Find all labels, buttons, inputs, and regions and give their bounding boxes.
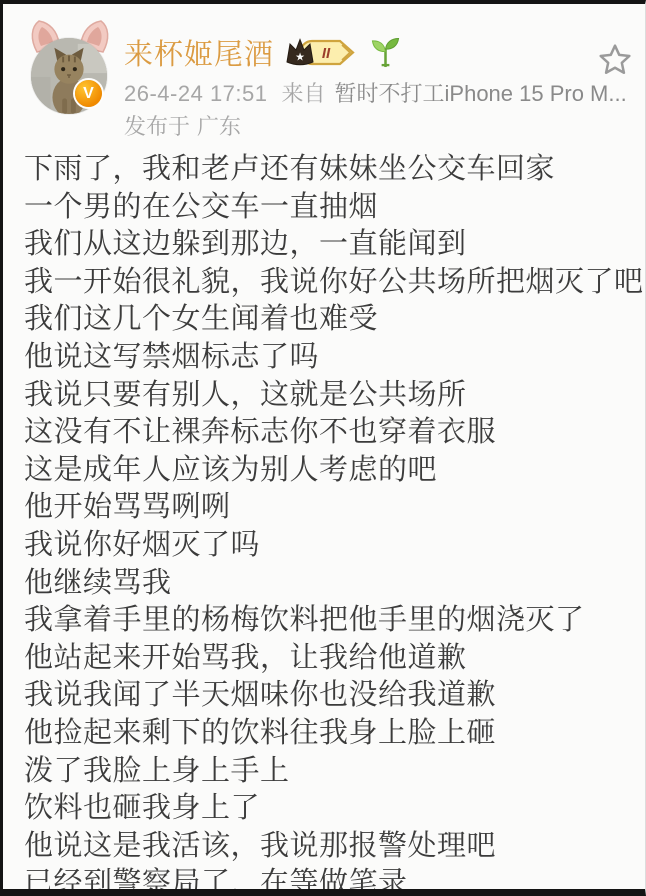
post-text-line: 已经到警察局了，在等做笔录 <box>24 865 639 896</box>
vip-crown-level-badge-icon[interactable]: II ★ <box>283 35 359 69</box>
post-text-line: 泼了我脸上身上手上 <box>24 753 639 791</box>
avatar[interactable]: V <box>30 18 114 114</box>
location-row: 发布于 广东 <box>124 110 241 141</box>
from-label: 来自 <box>282 77 326 108</box>
post-text-line: 我说你好烟灭了吗 <box>24 527 639 565</box>
sprout-icon <box>370 36 401 69</box>
post-text-line: 这没有不让裸奔标志你不也穿着衣服 <box>24 414 639 452</box>
post-text-line: 他站起来开始骂我，让我给他道歉 <box>24 640 639 678</box>
post-text-line: 他说这是我活该，我说那报警处理吧 <box>24 828 639 866</box>
post-text-line: 饮料也砸我身上了 <box>24 790 639 828</box>
post-text-line: 他捡起来剩下的饮料往我身上脸上砸 <box>24 715 639 753</box>
post-text-line: 我说我闻了半天烟味你也没给我道歉 <box>24 677 639 715</box>
crown-star-glyph: ★ <box>295 52 305 64</box>
device-source-link[interactable]: 暂时不打工iPhone 15 Pro M... <box>335 77 627 108</box>
post-meta-row: 26-4-24 17:51 来自 暂时不打工iPhone 15 Pro M... <box>124 77 627 108</box>
post-text-line: 我们这几个女生闻着也难受 <box>24 301 639 339</box>
favorite-star-button[interactable] <box>595 40 635 80</box>
username[interactable]: 来杯姬尾酒 <box>124 32 274 73</box>
location-label: 发布于 <box>124 110 190 141</box>
user-name-row: 来杯姬尾酒 II ★ <box>124 33 401 71</box>
weibo-post-screenshot: V 来杯姬尾酒 II ★ 26-4-24 17:51 来自 暂时不打工iPhon… <box>0 0 646 896</box>
location-value: 广东 <box>197 110 241 141</box>
timestamp: 26-4-24 17:51 <box>124 81 268 107</box>
post-text-line: 我一开始很礼貌，我说你好公共场所把烟灭了吧 <box>24 264 639 302</box>
post-text-line: 这是成年人应该为别人考虑的吧 <box>24 452 639 490</box>
post-text-line: 我拿着手里的杨梅饮料把他手里的烟浇灭了 <box>24 602 639 640</box>
post-text-line: 下雨了，我和老卢还有妹妹坐公交车回家 <box>24 151 639 189</box>
verified-v-badge-icon: V <box>75 80 102 107</box>
post-text: 下雨了，我和老卢还有妹妹坐公交车回家 一个男的在公交车一直抽烟 我们从这边躲到那… <box>24 151 639 896</box>
post-text-line: 他开始骂骂咧咧 <box>24 489 639 527</box>
post-text-line: 我说只要有别人，这就是公共场所 <box>24 377 639 415</box>
star-outline-icon <box>595 40 635 80</box>
post-text-line: 一个男的在公交车一直抽烟 <box>24 189 639 227</box>
post-text-line: 我们从这边躲到那边，一直能闻到 <box>24 226 639 264</box>
vip-level-text: II <box>322 45 331 62</box>
post-text-line: 他说这写禁烟标志了吗 <box>24 339 639 377</box>
post-text-line: 他继续骂我 <box>24 565 639 603</box>
